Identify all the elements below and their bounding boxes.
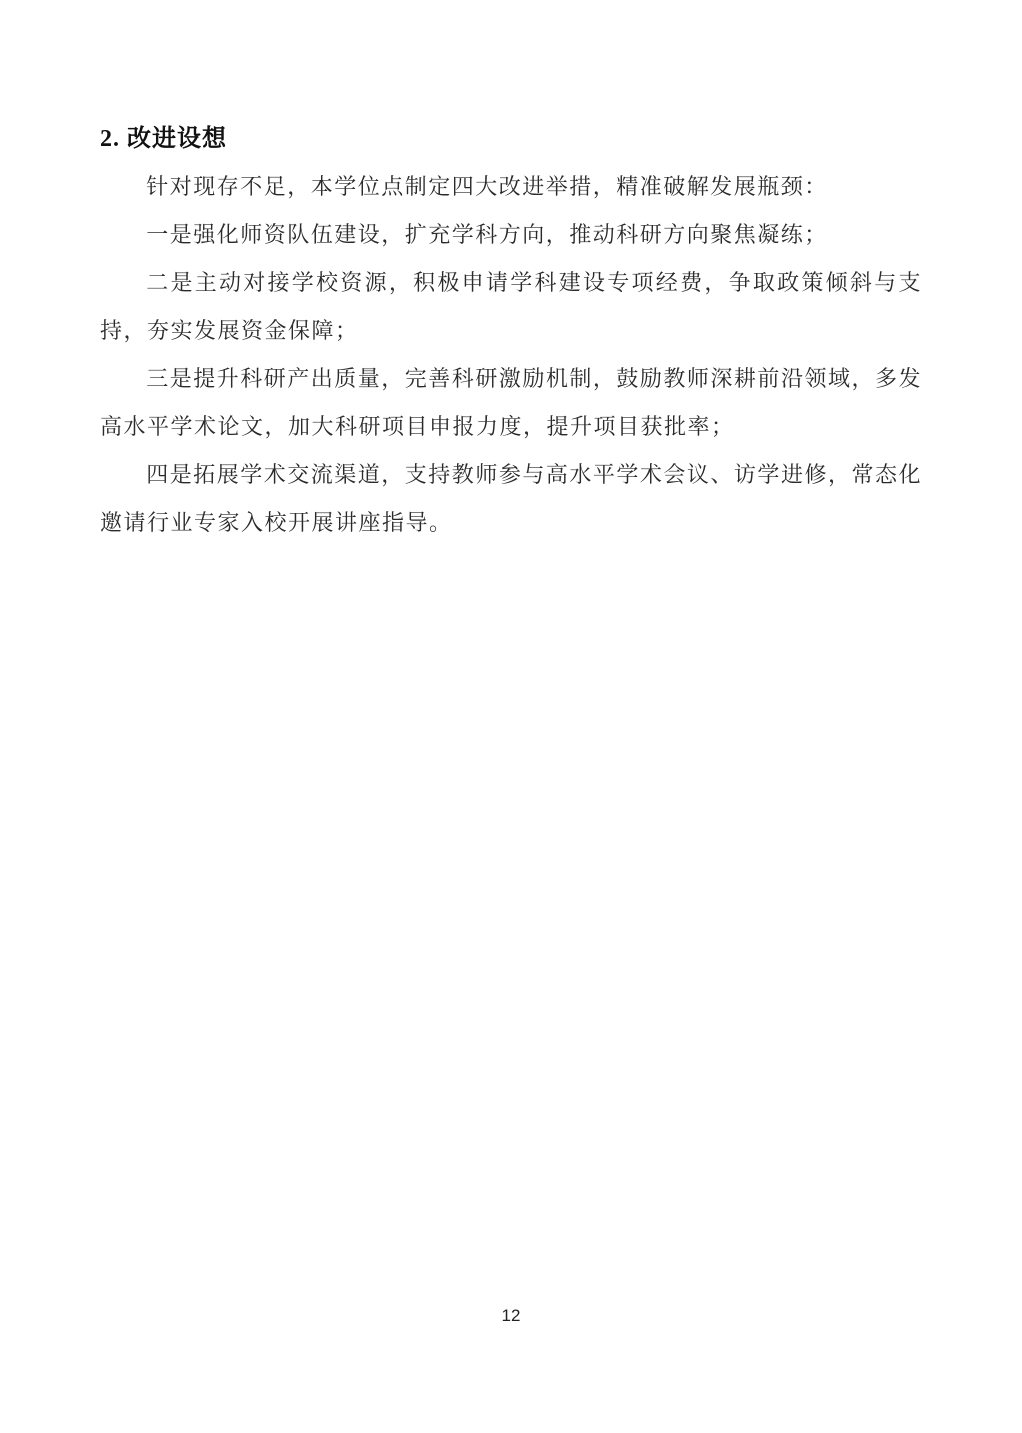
paragraph-measure-2: 二是主动对接学校资源，积极申请学科建设专项经费，争取政策倾斜与支持，夯实发展资金… (100, 259, 922, 355)
page-number: 12 (0, 1306, 1022, 1326)
paragraph-intro: 针对现存不足，本学位点制定四大改进举措，精准破解发展瓶颈： (100, 163, 922, 211)
document-page: 2. 改进设想 针对现存不足，本学位点制定四大改进举措，精准破解发展瓶颈： 一是… (0, 0, 1022, 1433)
paragraph-measure-1: 一是强化师资队伍建设，扩充学科方向，推动科研方向聚焦凝练； (100, 211, 922, 259)
paragraph-measure-4: 四是拓展学术交流渠道，支持教师参与高水平学术会议、访学进修，常态化邀请行业专家入… (100, 451, 922, 547)
paragraph-measure-3: 三是提升科研产出质量，完善科研激励机制，鼓励教师深耕前沿领域，多发高水平学术论文… (100, 355, 922, 451)
section-heading: 2. 改进设想 (100, 115, 922, 163)
